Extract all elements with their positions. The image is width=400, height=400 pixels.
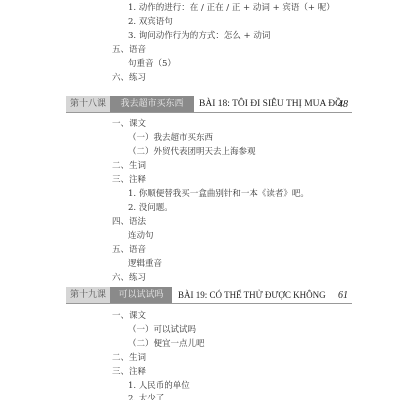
toc-section-heading: 二、生词 <box>112 161 146 172</box>
toc-section-heading: 五、语音 <box>112 45 146 56</box>
toc-item: 3. 询问动作行为的方式：怎么 + 动词 <box>128 31 270 42</box>
lesson-chinese-title: 可以试试吗 <box>110 287 172 303</box>
toc-item: 2. 太少了 <box>128 394 164 400</box>
toc-section-heading: 四、语法 <box>112 217 146 228</box>
toc-item: 连动句 <box>128 231 154 242</box>
lesson-19-header: 第十九课 可以试试吗 BÀI 19: CÓ THỂ THỬ ĐƯỢC KHÔNG… <box>66 287 352 304</box>
lesson-vietnamese-title: BÀI 19: CÓ THỂ THỬ ĐƯỢC KHÔNG <box>178 287 326 303</box>
toc-section-heading: 五、语音 <box>112 245 146 256</box>
lesson-number-label: 第十八课 <box>66 96 110 112</box>
toc-section-heading: 六、练习 <box>112 273 146 284</box>
toc-item: 2. 双宾语句 <box>128 17 173 28</box>
toc-section-heading: 一、课文 <box>112 311 146 322</box>
lesson-number-label: 第十九课 <box>66 287 110 303</box>
page-number: 48 <box>338 96 348 112</box>
toc-item: 1. 人民币的单位 <box>128 381 190 392</box>
toc-item: 2. 没问题。 <box>128 203 173 214</box>
page-number: 61 <box>338 287 348 303</box>
toc-item: （二）外贸代表团明天去上海参观 <box>128 147 256 158</box>
toc-item: 句重音（5） <box>128 59 176 70</box>
toc-section-heading: 一、课文 <box>112 119 146 130</box>
toc-item: （二）便宜一点儿吧 <box>128 339 205 350</box>
toc-section-heading: 二、生词 <box>112 353 146 364</box>
toc-section-heading: 三、注释 <box>112 175 146 186</box>
toc-item: 逻辑重音 <box>128 259 162 270</box>
toc-item: （一）我去超市买东西 <box>128 133 213 144</box>
toc-item: （一）可以试试吗 <box>128 325 196 336</box>
lesson-vietnamese-title: BÀI 18: TÔI ĐI SIÊU THỊ MUA ĐỒ <box>199 96 342 112</box>
toc-item: 1. 你顺便替我买一盒曲别针和一本《读者》吧。 <box>128 189 309 200</box>
toc-section-heading: 三、注释 <box>112 367 146 378</box>
toc-item: 1. 动作的进行：在 / 正在 / 正 + 动词 + 宾语（+ 呢） <box>128 3 335 14</box>
lesson-18-header: 第十八课 我去超市买东西 BÀI 18: TÔI ĐI SIÊU THỊ MUA… <box>66 96 352 113</box>
toc-section-heading: 六、练习 <box>112 73 146 84</box>
lesson-chinese-title: 我去超市买东西 <box>110 96 194 112</box>
